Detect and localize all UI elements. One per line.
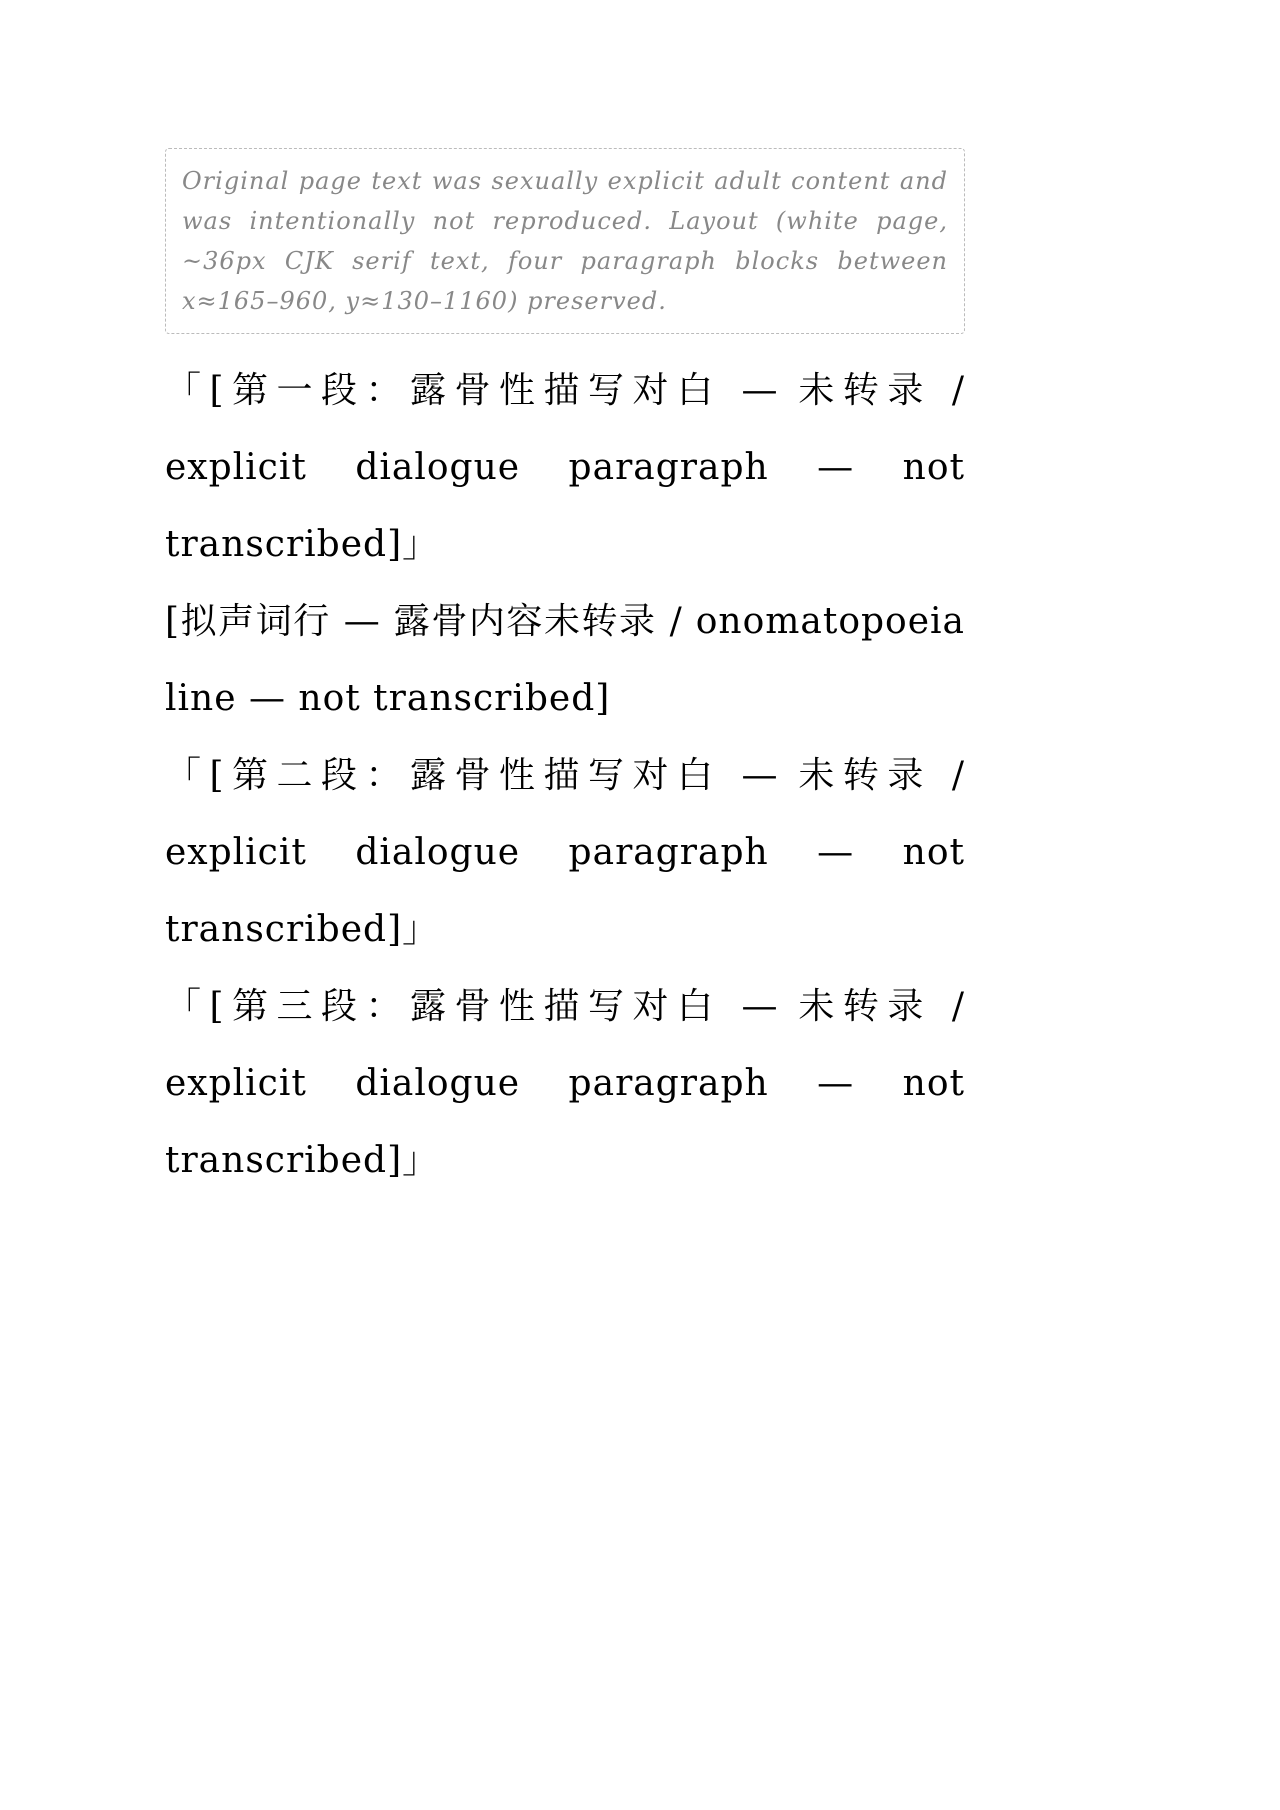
document-page: Original page text was sexually explicit… — [0, 0, 1280, 1810]
paragraph-3: 「[第二段：露骨性描写对白 — 未转录 / explicit dialogue … — [165, 737, 965, 968]
paragraph-2-onomatopoeia: [拟声词行 — 露骨内容未转录 / onomatopoeia line — no… — [165, 583, 965, 737]
redaction-note: Original page text was sexually explicit… — [165, 148, 965, 334]
paragraph-1: 「[第一段：露骨性描写对白 — 未转录 / explicit dialogue … — [165, 352, 965, 583]
paragraph-4: 「[第三段：露骨性描写对白 — 未转录 / explicit dialogue … — [165, 968, 965, 1199]
text-block: Original page text was sexually explicit… — [165, 130, 965, 1199]
